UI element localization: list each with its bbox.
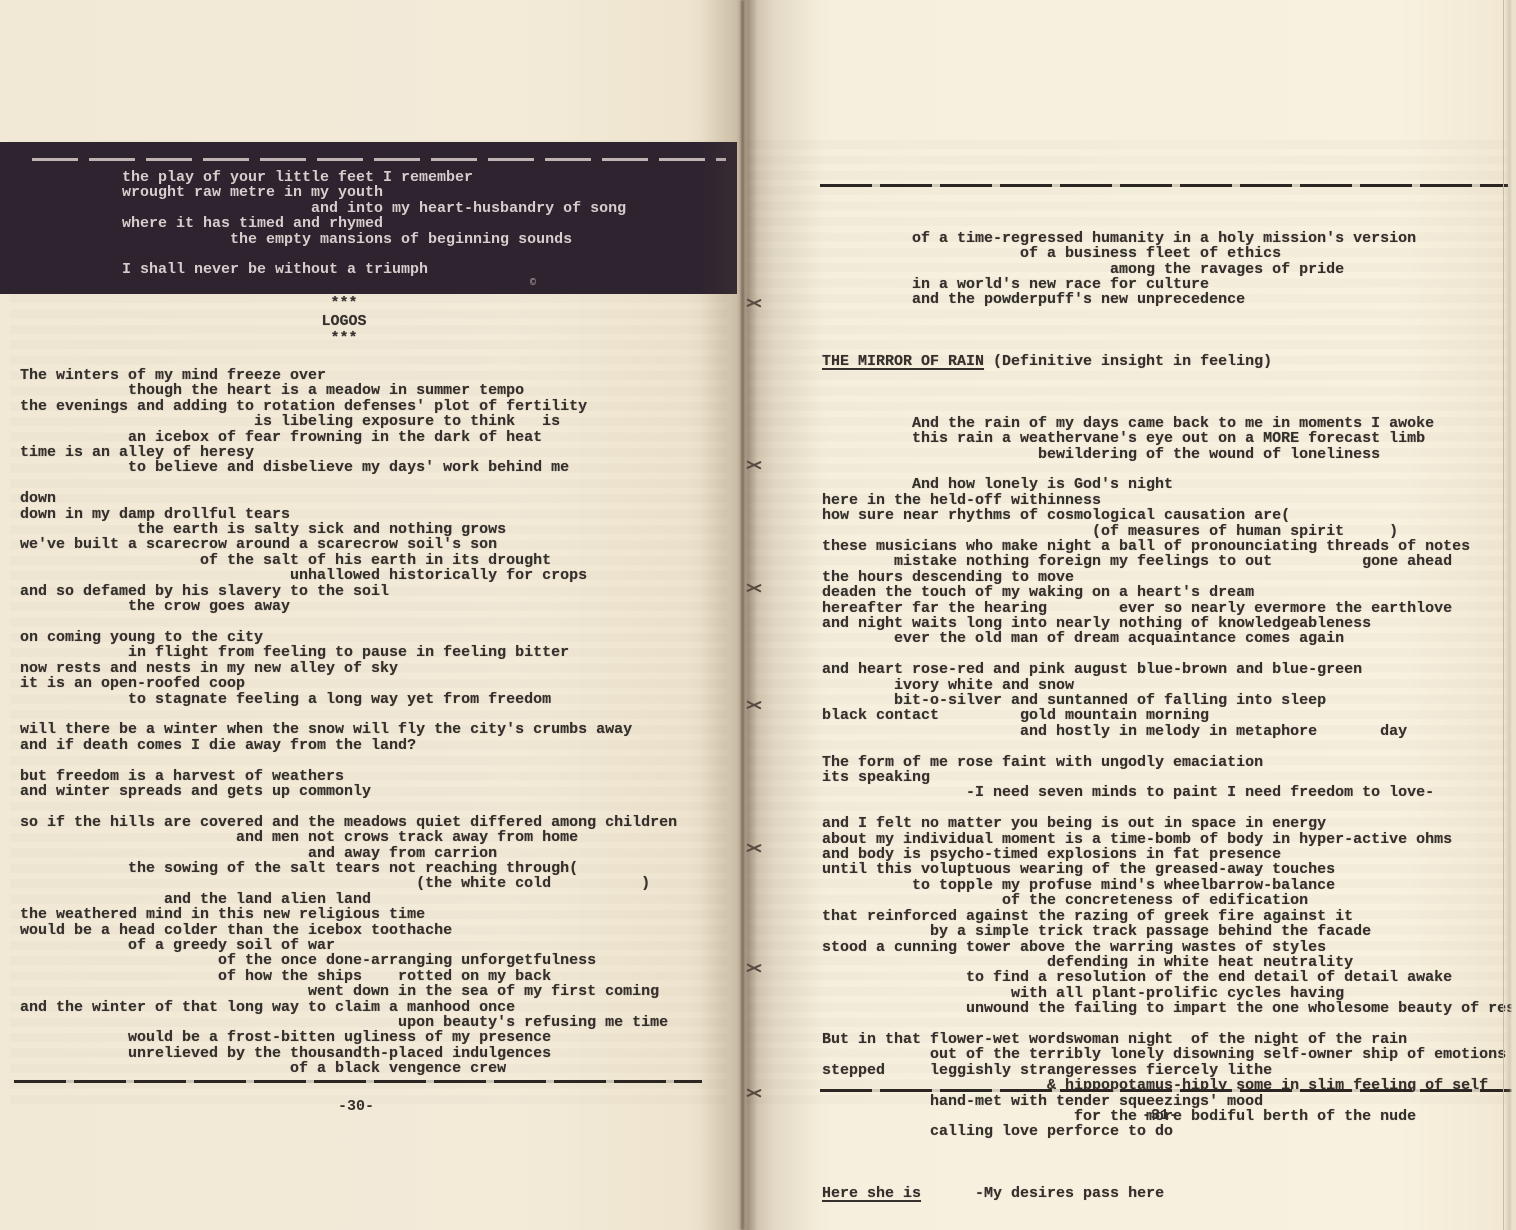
poem-line: on coming young to the city <box>20 630 677 645</box>
poem-line <box>822 647 1516 662</box>
banner-verse: the play of your little feet I rememberw… <box>122 170 626 278</box>
poem-line: among the ravages of pride <box>822 262 1516 277</box>
stitch-mark <box>746 1088 762 1098</box>
poem-line: the empty mansions of beginning sounds <box>122 232 626 247</box>
page-edge <box>1503 0 1516 1230</box>
poem-line: ever the old man of dream acquaintance c… <box>822 631 1516 646</box>
poem-line: bit-o-silver and suntanned of falling in… <box>822 693 1516 708</box>
poem-line: The winters of my mind freeze over <box>20 368 677 383</box>
poem-line <box>822 400 1516 415</box>
poem-line: out of the terribly lonely disowning sel… <box>822 1047 1516 1062</box>
poem-line: ivory white and snow <box>822 678 1516 693</box>
poem-line: about my individual moment is a time-bom… <box>822 832 1516 847</box>
stitch-mark <box>746 460 762 470</box>
dedication-banner: the play of your little feet I rememberw… <box>0 142 737 294</box>
poem-line: an icebox of fear frowning in the dark o… <box>20 430 677 445</box>
poem-line: where it has timed and rhymed <box>122 216 626 231</box>
poem-line: and heart rose-red and pink august blue-… <box>822 662 1516 677</box>
copyright-mark: © <box>530 278 536 289</box>
poem-heading-mirror-of-rain: THE MIRROR OF RAIN (Definitive insight i… <box>822 354 1516 369</box>
poem-line: the earth is salty sick and nothing grow… <box>20 522 677 537</box>
poem-line: and away from carrion <box>20 846 677 861</box>
poem-line: and the powderpuff's new unprecedence <box>822 292 1516 307</box>
poem-line: down in my damp drollful tears <box>20 507 677 522</box>
poem-line: the evenings and adding to rotation defe… <box>20 399 677 414</box>
poem-line: and the winter of that long way to claim… <box>20 1000 677 1015</box>
poem-line: the weathered mind in this new religious… <box>20 907 677 922</box>
poem-line: I shall never be without a triumph <box>122 262 626 277</box>
poem-line <box>20 707 677 722</box>
poem-line: would be a frost-bitten ugliness of my p… <box>20 1030 677 1045</box>
poem-line: of the once done-arranging unforgetfulne… <box>20 953 677 968</box>
poem-line: would be a head colder than the icebox t… <box>20 923 677 938</box>
poem-line: these musicians who make night a ball of… <box>822 539 1516 554</box>
poem-line: will there be a winter when the snow wil… <box>20 722 677 737</box>
poem-line: But in that flower-wet wordswoman night … <box>822 1032 1516 1047</box>
poem-line <box>822 1140 1516 1155</box>
poem-line: The form of me rose faint with ungodly e… <box>822 755 1516 770</box>
poem-line: and winter spreads and gets up commonly <box>20 784 677 799</box>
poem-line: went down in the sea of my first coming <box>20 984 677 999</box>
poem-line: to topple my profuse mind's wheelbarrow-… <box>822 878 1516 893</box>
poem-line: and night waits long into nearly nothing… <box>822 616 1516 631</box>
heading-underlined-text: THE MIRROR OF RAIN <box>822 353 984 370</box>
poem-line: upon beauty's refusing me time <box>20 1015 677 1030</box>
poem-line: that reinforced against the razing of gr… <box>822 909 1516 924</box>
binding-gutter <box>700 0 820 1230</box>
poem-line: and I felt no matter you being is out in… <box>822 816 1516 831</box>
poem-line: And the rain of my days came back to me … <box>822 416 1516 431</box>
page-number-30: -30- <box>338 1098 374 1115</box>
poem-logos-body: The winters of my mind freeze over thoug… <box>20 368 677 1077</box>
poem-line: to stagnate feeling a long way yet from … <box>20 692 677 707</box>
poem-line: the hours descending to move <box>822 570 1516 585</box>
poem-line: so if the hills are covered and the mead… <box>20 815 677 830</box>
binding-crease <box>741 0 744 1230</box>
poem-line: of a time-regressed humanity in a holy m… <box>822 231 1516 246</box>
right-poem-opening: of a time-regressed humanity in a holy m… <box>822 231 1516 323</box>
stitch-mark <box>746 583 762 593</box>
poem-line: now rests and nests in my new alley of s… <box>20 661 677 676</box>
stitch-mark <box>746 298 762 308</box>
poem-line: And how lonely is God's night <box>822 477 1516 492</box>
poem-line: and into my heart-husbandry of song <box>122 201 626 216</box>
poem-line: of a black vengence crew <box>20 1061 677 1076</box>
right-footer-rule <box>820 1089 1514 1092</box>
left-footer-rule <box>14 1080 702 1083</box>
poem-line <box>822 462 1516 477</box>
poem-line: to believe and disbelieve my days' work … <box>20 460 677 475</box>
book-scan: the play of your little feet I rememberw… <box>0 0 1516 1230</box>
poem-line: the sowing of the salt tears not reachin… <box>20 861 677 876</box>
stitch-mark <box>746 963 762 973</box>
poem-line: and the land alien land <box>20 892 677 907</box>
poem-line: time is an alley of heresy <box>20 445 677 460</box>
poem-line <box>822 801 1516 816</box>
poem-line: we've built a scarecrow around a scarecr… <box>20 537 677 552</box>
poem-line <box>20 476 677 491</box>
poem-title-logos: ***LOGOS*** <box>20 295 668 348</box>
poem-line: how sure near rhythms of cosmological ca… <box>822 508 1516 523</box>
poem-line: of the concreteness of edification <box>822 893 1516 908</box>
poem-line: it is an open-roofed coop <box>20 676 677 691</box>
poem-line: and men not crows track away from home <box>20 830 677 845</box>
banner-dashed-rule <box>32 158 726 161</box>
stitch-mark <box>746 700 762 710</box>
poem-line <box>822 739 1516 754</box>
poem-line <box>20 799 677 814</box>
poem-line: its speaking <box>822 770 1516 785</box>
poem-line: *** <box>20 330 668 348</box>
poem-line <box>822 308 1516 323</box>
poem-line: though the heart is a meadow in summer t… <box>20 383 677 398</box>
poem-line: unrelieved by the thousandth-placed indu… <box>20 1046 677 1061</box>
poem-line: in flight from feeling to pause in feeli… <box>20 645 677 660</box>
poem-line: *** <box>20 295 668 313</box>
poem-line: until this voluptuous wearing of the gre… <box>822 862 1516 877</box>
right-poem-body: And the rain of my days came back to me … <box>822 400 1516 1155</box>
poem-line: hereafter far the hearing ever so nearly… <box>822 601 1516 616</box>
poem-line: the play of your little feet I remember <box>122 170 626 185</box>
right-page-column: of a time-regressed humanity in a holy m… <box>822 200 1516 1230</box>
poem-line: and hostly in melody in metaphore day <box>822 724 1516 739</box>
poem-line: (of measures of human spirit ) <box>822 524 1516 539</box>
poem-line: but freedom is a harvest of weathers <box>20 769 677 784</box>
stitch-mark <box>746 843 762 853</box>
poem-line: black contact gold mountain morning <box>822 708 1516 723</box>
poem-line: stepped leggishly strangeresses fiercely… <box>822 1063 1516 1078</box>
poem-line: with all plant-prolific cycles having <box>822 986 1516 1001</box>
poem-line: mistake nothing foreign my feelings to o… <box>822 554 1516 569</box>
poem-line: unhallowed historically for crops <box>20 568 677 583</box>
poem-line: to find a resolution of the end detail o… <box>822 970 1516 985</box>
poem-line <box>20 615 677 630</box>
poem-line: in a world's new race for culture <box>822 277 1516 292</box>
poem-line <box>20 753 677 768</box>
poem-line: of how the ships rotted on my back <box>20 969 677 984</box>
poem-line: here in the held-off withinness <box>822 493 1516 508</box>
poem-line: bewildering of the wound of loneliness <box>822 447 1516 462</box>
footer-rest-text: -My desires pass here <box>921 1185 1164 1202</box>
poem-line: calling love perforce to do <box>822 1124 1516 1139</box>
poem-line: LOGOS <box>20 313 668 331</box>
poem-line: stood a cunning tower above the warring … <box>822 940 1516 955</box>
poem-line <box>122 247 626 262</box>
poem-line: is libeling exposure to think is <box>20 414 677 429</box>
poem-line: of the salt of his earth in its drought <box>20 553 677 568</box>
poem-line: by a simple trick track passage behind t… <box>822 924 1516 939</box>
poem-line: wrought raw metre in my youth <box>122 185 626 200</box>
poem-line: and if death comes I die away from the l… <box>20 738 677 753</box>
poem-line: the crow goes away <box>20 599 677 614</box>
poem-line: of a business fleet of ethics <box>822 246 1516 261</box>
heading-rest-text: (Definitive insight in feeling) <box>984 353 1272 370</box>
poem-line: defending in white heat neutrality <box>822 955 1516 970</box>
poem-line: (the white cold ) <box>20 876 677 891</box>
poem-line: deaden the touch of my waking on a heart… <box>822 585 1516 600</box>
poem-line <box>822 1017 1516 1032</box>
poem-line: of a greedy soil of war <box>20 938 677 953</box>
right-header-rule <box>820 184 1508 187</box>
poem-line: -I need seven minds to paint I need free… <box>822 785 1516 800</box>
poem-line: and body is psycho-timed explosions in f… <box>822 847 1516 862</box>
poem-line: down <box>20 491 677 506</box>
poem-line: and so defamed by his slavery to the soi… <box>20 584 677 599</box>
poem-line: unwound the failing to impart the one wh… <box>822 1001 1516 1016</box>
poem-line: this rain a weathervane's eye out on a M… <box>822 431 1516 446</box>
poem-footer-here-she-is: Here she is -My desires pass here <box>822 1186 1516 1201</box>
page-number-31: -31- <box>1142 1107 1178 1124</box>
footer-underlined-text: Here she is <box>822 1185 921 1202</box>
